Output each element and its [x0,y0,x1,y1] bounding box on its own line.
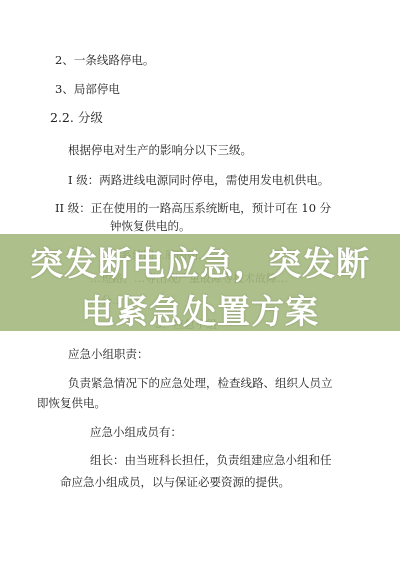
banner-title-line-1: 突发断电应急，突发断 [0,244,400,284]
section-heading-classification: 2.2. 分级 [50,111,103,125]
level-1-description: I 级：两路进线电源同时停电，需使用发电机供电。 [68,173,329,187]
banner-title: 突发断电应急，突发断 电紧急处置方案 [0,244,400,332]
team-duties-label: 应急小组职责： [68,347,149,361]
team-duties-text: 负责紧急情况下的应急处理，检查线路、组织人员立 [68,376,333,390]
team-leader-text-cont: 命应急小组成员，以与保证必要资源的提供。 [60,475,290,489]
team-leader-text: 组长：由当班科长担任，负责组建应急小组和任 [90,453,332,467]
list-item-partial-outage: 3、局部停电 [55,82,120,96]
level-2-description: II 级：正在使用的一路高压系统断电，预计可在 10 分 [55,201,331,215]
list-item-single-line-outage: 2、一条线路停电。 [55,53,154,67]
banner-title-line-2: 电紧急处置方案 [0,292,400,332]
paragraph-intro: 根据停电对生产的影响分以下三级。 [68,143,252,157]
level-2-description-cont: 钟恢复供电的。 [110,219,191,233]
team-members-label: 应急小组成员有： [90,425,182,439]
team-duties-text-cont: 即恢复供电。 [37,396,106,410]
